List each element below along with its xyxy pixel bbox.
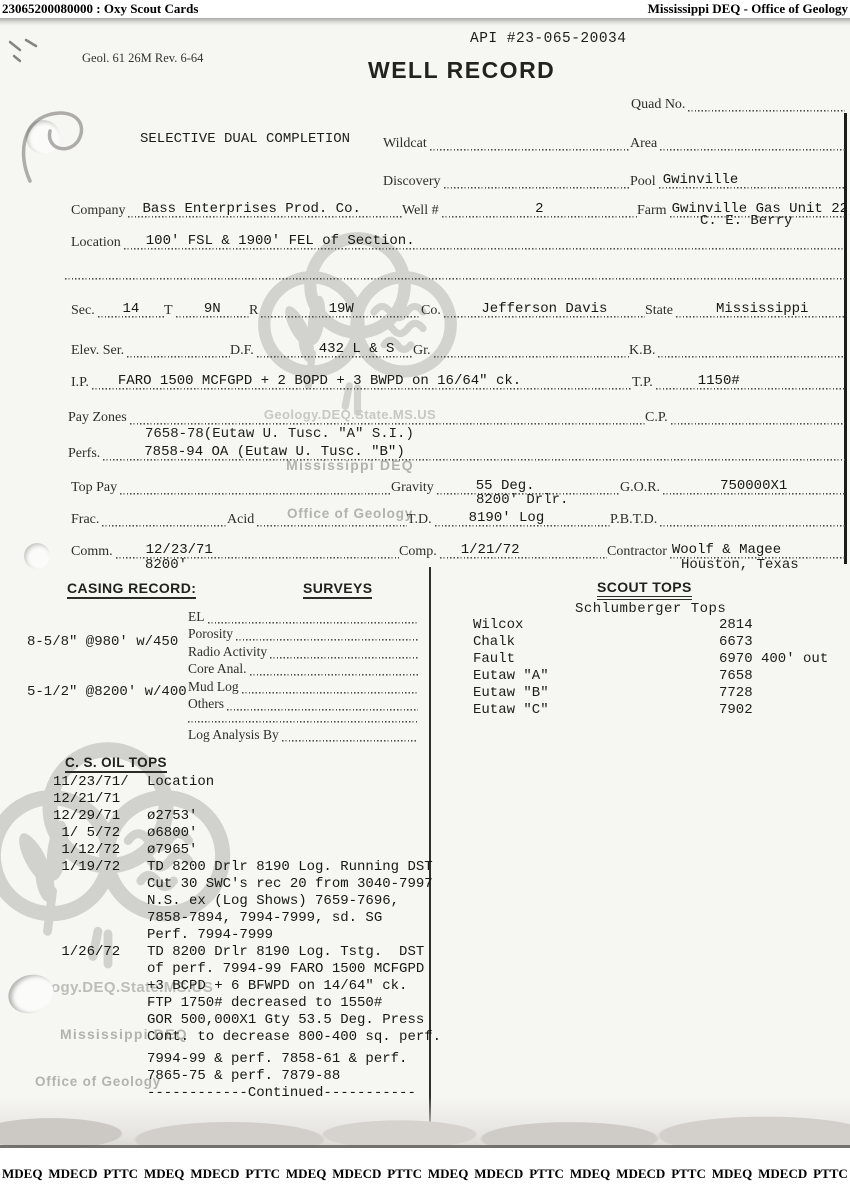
field-label: Discovery — [383, 174, 444, 190]
pay-zones-field: Pay Zones — [68, 406, 645, 426]
form-code: Geol. 61 26M Rev. 6-64 — [82, 51, 203, 66]
survey-line — [188, 704, 418, 724]
pool-field: Pool Gwinville — [630, 170, 845, 190]
footer-token: PTTC — [813, 1166, 848, 1182]
field-line — [434, 339, 630, 359]
field-value: 432 L & S — [319, 341, 395, 357]
field-label: Comm. — [71, 544, 116, 560]
field-line: 19W — [261, 299, 421, 319]
field-label: Gr. — [413, 343, 434, 359]
field-label: Acid — [227, 512, 257, 528]
field-value: 2 — [535, 201, 543, 217]
frac-td-row: Frac. Acid T.D. 8190' Log P.B.T.D. — [71, 508, 845, 528]
field-line: Jefferson Davis — [444, 299, 645, 319]
field-label: Frac. — [71, 512, 102, 528]
entry-date: 1/26/72 — [53, 944, 147, 1046]
entry-text: TD 8200 Drlr 8190 Log. Running DST Cut 3… — [147, 859, 433, 944]
entry-text: ø6800' — [147, 825, 197, 842]
field-label: P.B.T.D. — [610, 512, 660, 528]
field-label: Well # — [402, 203, 442, 219]
entry-date: 12/29/71 — [53, 808, 147, 825]
casing-line: 5-1/2" @8200' w/400 — [27, 684, 187, 701]
entry-date: 12/21/71 — [53, 791, 147, 808]
field-label: Elev. Ser. — [71, 343, 127, 359]
comp-field: Comp. 1/21/72 — [399, 540, 607, 560]
field-label: T.P. — [632, 375, 656, 391]
farm-value-line2: C. E. Berry — [700, 213, 792, 229]
footer-token: PTTC — [529, 1166, 564, 1182]
survey-label: Core Anal. — [188, 661, 250, 677]
entry-text: Location — [147, 774, 214, 791]
field-value: 12/23/71 — [146, 542, 213, 558]
field-line: 1150# — [656, 371, 845, 391]
field-label: Sec. — [71, 303, 98, 319]
formation-depth: 7658 — [719, 668, 753, 685]
field-line — [130, 406, 645, 426]
log-entry: 1/12/72ø7965' — [53, 842, 455, 859]
field-value: FARO 1500 MCFGPD + 2 BOPD + 3 BWPD on 16… — [118, 373, 521, 389]
field-line: 1/21/72 — [440, 540, 607, 560]
footer-token: MDEQ — [144, 1166, 184, 1182]
footer-token: MDECD — [332, 1166, 381, 1182]
page-title: WELL RECORD — [368, 57, 555, 84]
surveys-title: SURVEYS — [303, 580, 372, 599]
field-value: Woolf & Magee — [672, 542, 781, 558]
location-row: Location 100' FSL & 1900' FEL of Section… — [71, 231, 845, 251]
sec-twp-rng-row: Sec. 14 T 9N R 19W Co. Jefferson Davis S… — [71, 299, 845, 319]
footer-token: PTTC — [103, 1166, 138, 1182]
perfs-row: Perfs. 7858-94 OA (Eutaw U. Tusc. "B") — [68, 442, 845, 462]
log-entry-continuation: 7994-99 & perf. 7858-61 & perf. 7865-75 … — [53, 1051, 455, 1102]
field-line: Bass Enterprises Prod. Co. — [128, 199, 402, 219]
field-label: I.P. — [71, 375, 92, 391]
pay-zones-row: Pay Zones C.P. — [68, 406, 845, 426]
company-field: Company Bass Enterprises Prod. Co. — [71, 199, 402, 219]
quad-no-field: Quad No. — [631, 93, 845, 113]
field-line — [430, 132, 630, 152]
acid-field: Acid — [227, 508, 407, 528]
field-label: R — [249, 303, 261, 319]
field-line — [120, 476, 391, 496]
field-label: Area — [630, 136, 660, 152]
field-line — [660, 132, 845, 152]
df-field: D.F. 432 L & S — [230, 339, 413, 359]
field-value: 100' FSL & 1900' FEL of Section. — [146, 233, 415, 249]
scout-tops-subtitle: Schlumberger Tops — [575, 601, 726, 617]
field-line — [658, 339, 845, 359]
footer-token: MDEQ — [712, 1166, 752, 1182]
field-line — [660, 508, 845, 528]
scout-top-row: Fault6970 400' out — [473, 651, 845, 668]
scout-top-row: Eutaw "A"7658 — [473, 668, 845, 685]
contractor-value-line2: Houston, Texas — [681, 557, 799, 573]
entry-date: 1/ 5/72 — [53, 825, 147, 842]
field-line: Mississippi — [676, 299, 845, 319]
cs-oil-tops-entries: 11/23/71/Location 12/21/71 12/29/71ø2753… — [53, 774, 455, 1102]
field-label: Quad No. — [631, 97, 688, 113]
ip-row: I.P. FARO 1500 MCFGPD + 2 BOPD + 3 BWPD … — [71, 371, 845, 391]
api-number: API #23-065-20034 — [470, 31, 626, 47]
entry-date: 1/19/72 — [53, 859, 147, 944]
field-label: Perfs. — [68, 446, 103, 462]
field-value: Bass Enterprises Prod. Co. — [142, 201, 360, 217]
log-entry: 1/26/72TD 8200 Drlr 8190 Log. Tstg. DST … — [53, 944, 455, 1046]
county-field: Co. Jefferson Davis — [421, 299, 645, 319]
cs-oil-tops-title: C. S. OIL TOPS — [65, 755, 167, 773]
formation-depth: 7902 — [719, 702, 753, 719]
field-label: Pool — [630, 174, 659, 190]
td-field: T.D. 8190' Log — [407, 508, 610, 528]
field-label: Location — [71, 235, 124, 251]
state-field: State Mississippi — [645, 299, 845, 319]
elevation-row: Elev. Ser. D.F. 432 L & S Gr. K.B. — [71, 339, 845, 359]
field-line — [671, 406, 845, 426]
field-label: T — [164, 303, 176, 319]
formation-name: Eutaw "A" — [473, 668, 719, 685]
scan-bottom-line — [0, 1145, 850, 1148]
field-label: K.B. — [629, 343, 658, 359]
footer-token: MDECD — [48, 1166, 97, 1182]
comm-value-line2: 8200' — [145, 557, 187, 573]
survey-label: Porosity — [188, 626, 236, 642]
field-value: 8190' Log — [469, 510, 545, 526]
footer-token: MDECD — [474, 1166, 523, 1182]
top-pay-field: Top Pay — [71, 476, 391, 496]
perfs-field: Perfs. 7858-94 OA (Eutaw U. Tusc. "B") — [68, 442, 845, 462]
scout-tops-table: Wilcox2814 Chalk6673 Fault6970 400' out … — [473, 617, 845, 718]
log-entry: 12/29/71ø2753' — [53, 808, 455, 825]
field-value: 19W — [329, 301, 354, 317]
viewer-header-left: 23065200080000 : Oxy Scout Cards — [2, 1, 198, 17]
formation-name: Eutaw "C" — [473, 702, 719, 719]
tp-field: T.P. 1150# — [632, 371, 845, 391]
field-line: 2 — [442, 199, 637, 219]
field-label: Wildcat — [383, 136, 430, 152]
field-line: 100' FSL & 1900' FEL of Section. — [124, 231, 845, 251]
quad-no-row: Quad No. — [631, 93, 845, 113]
footer-token: PTTC — [671, 1166, 706, 1182]
entry-text: ø7965' — [147, 842, 197, 859]
top-pay-row: Top Pay Gravity 55 Deg. G.O.R. 750000X1 — [71, 476, 845, 496]
township-field: T 9N — [164, 299, 249, 319]
surveys-list: EL Porosity Radio Activity Core Anal. Mu… — [188, 607, 418, 743]
log-entry: 1/19/72TD 8200 Drlr 8190 Log. Running DS… — [53, 859, 455, 944]
field-value: 1150# — [698, 373, 740, 389]
field-value: 1/21/72 — [461, 542, 520, 558]
comm-field: Comm. 12/23/71 — [71, 540, 399, 560]
log-entry: 12/21/71 — [53, 791, 455, 808]
completion-type: SELECTIVE DUAL COMPLETION — [140, 131, 350, 147]
scan-bottom-edge — [0, 1096, 850, 1148]
casing-record-title: CASING RECORD: — [67, 580, 196, 599]
hole-punch — [24, 543, 50, 569]
gr-field: Gr. — [413, 339, 629, 359]
field-label: C.P. — [645, 410, 671, 426]
well-number-field: Well # 2 — [402, 199, 637, 219]
field-label: Pay Zones — [68, 410, 130, 426]
field-label: Company — [71, 203, 128, 219]
td-value-line1: 8200' Drlr. — [476, 492, 568, 508]
wildcat-area-row: Wildcat Area — [383, 132, 845, 152]
field-line: 8190' Log — [435, 508, 610, 528]
entry-text: TD 8200 Drlr 8190 Log. Tstg. DST of perf… — [147, 944, 441, 1046]
blank-rule-row — [65, 261, 845, 281]
survey-label: Log Analysis By — [188, 727, 282, 743]
field-label: Co. — [421, 303, 444, 319]
scout-top-row: Eutaw "C"7902 — [473, 702, 845, 719]
range-field: R 19W — [249, 299, 421, 319]
field-label: Top Pay — [71, 480, 120, 496]
field-value: 9N — [204, 301, 221, 317]
survey-row: Log Analysis By — [188, 724, 418, 743]
field-value: Mississippi — [716, 301, 808, 317]
formation-name: Chalk — [473, 634, 719, 651]
field-label: Comp. — [399, 544, 440, 560]
area-field: Area — [630, 132, 845, 152]
field-label: Contractor — [607, 544, 670, 560]
location-field: Location 100' FSL & 1900' FEL of Section… — [71, 231, 845, 251]
footer-token: MDECD — [758, 1166, 807, 1182]
formation-depth: 2814 — [719, 617, 753, 634]
field-line: 9N — [176, 299, 249, 319]
formation-name: Fault — [473, 651, 719, 668]
field-line — [102, 508, 227, 528]
field-line — [65, 261, 845, 281]
field-label: Farm — [637, 203, 670, 219]
discovery-pool-row: Discovery Pool Gwinville — [383, 170, 845, 190]
field-label: Gravity — [391, 480, 437, 496]
footer-token: MDECD — [616, 1166, 665, 1182]
field-line — [688, 93, 845, 113]
field-line: Gwinville — [659, 170, 845, 190]
elev-ser-field: Elev. Ser. — [71, 339, 230, 359]
well-record-scan-viewer: Geology.DEQ.State.MS.US Mississippi DEQ … — [0, 0, 850, 1185]
frac-field: Frac. — [71, 508, 227, 528]
wildcat-field: Wildcat — [383, 132, 630, 152]
formation-name: Wilcox — [473, 617, 719, 634]
field-line — [257, 508, 407, 528]
footer-token: PTTC — [387, 1166, 422, 1182]
formation-depth: 7728 — [719, 685, 753, 702]
casing-record-lines: 8-5/8" @980' w/450 5-1/2" @8200' w/400 — [27, 601, 187, 733]
footer-token: PTTC — [245, 1166, 280, 1182]
entry-text: 7994-99 & perf. 7858-61 & perf. 7865-75 … — [147, 1051, 416, 1102]
footer-token: MDEQ — [286, 1166, 326, 1182]
field-value: Jefferson Davis — [481, 301, 607, 317]
formation-depth: 6673 — [719, 634, 753, 651]
field-line: 750000X1 — [663, 476, 845, 496]
survey-label: EL — [188, 609, 208, 625]
footer-token: MDEQ — [428, 1166, 468, 1182]
discovery-field: Discovery — [383, 170, 630, 190]
field-line: FARO 1500 MCFGPD + 2 BOPD + 3 BWPD on 16… — [92, 371, 632, 391]
viewer-footer-bar: MDEQ MDECD PTTC MDEQ MDECD PTTC MDEQ MDE… — [2, 1166, 848, 1182]
field-value: Gwinville — [663, 172, 739, 188]
footer-token: MDEQ — [2, 1166, 42, 1182]
pbtd-field: P.B.T.D. — [610, 508, 845, 528]
viewer-header-bar: 23065200080000 : Oxy Scout Cards Mississ… — [0, 0, 850, 18]
sec-field: Sec. 14 — [71, 299, 164, 319]
casing-line: 8-5/8" @980' w/450 — [27, 634, 187, 651]
field-value: 750000X1 — [720, 478, 787, 494]
footer-token: MDEQ — [570, 1166, 610, 1182]
cp-field: C.P. — [645, 406, 845, 426]
field-value: 7858-94 OA (Eutaw U. Tusc. "B") — [144, 444, 404, 460]
entry-date: 1/12/72 — [53, 842, 147, 859]
field-value: 14 — [122, 301, 139, 317]
survey-line — [282, 723, 418, 743]
viewer-header-right: Mississippi DEQ - Office of Geology — [648, 1, 848, 17]
field-label: State — [645, 303, 676, 319]
scout-top-row: Eutaw "B"7728 — [473, 685, 845, 702]
scout-top-row: Wilcox2814 — [473, 617, 845, 634]
formation-name: Eutaw "B" — [473, 685, 719, 702]
scout-top-row: Chalk6673 — [473, 634, 845, 651]
log-entry: 11/23/71/Location — [53, 774, 455, 791]
field-label: G.O.R. — [620, 480, 663, 496]
field-line: 14 — [98, 299, 164, 319]
formation-depth: 6970 400' out — [719, 651, 828, 668]
field-label: T.D. — [407, 512, 435, 528]
gor-field: G.O.R. 750000X1 — [620, 476, 845, 496]
entry-text: ø2753' — [147, 808, 197, 825]
field-line — [127, 339, 230, 359]
scout-tops-title: SCOUT TOPS — [597, 579, 692, 600]
perfs-value-line1: 7658-78(Eutaw U. Tusc. "A" S.I.) — [145, 426, 414, 442]
field-line: 432 L & S — [257, 339, 413, 359]
scan-top-edge — [0, 18, 850, 26]
entry-date — [53, 1051, 147, 1102]
field-label: D.F. — [230, 343, 257, 359]
field-line: 7858-94 OA (Eutaw U. Tusc. "B") — [103, 442, 845, 462]
entry-date: 11/23/71/ — [53, 774, 147, 791]
ip-field: I.P. FARO 1500 MCFGPD + 2 BOPD + 3 BWPD … — [71, 371, 632, 391]
hole-punch — [26, 120, 60, 154]
kb-field: K.B. — [629, 339, 845, 359]
field-line — [444, 170, 630, 190]
footer-token: MDECD — [190, 1166, 239, 1182]
log-entry: 1/ 5/72ø6800' — [53, 825, 455, 842]
